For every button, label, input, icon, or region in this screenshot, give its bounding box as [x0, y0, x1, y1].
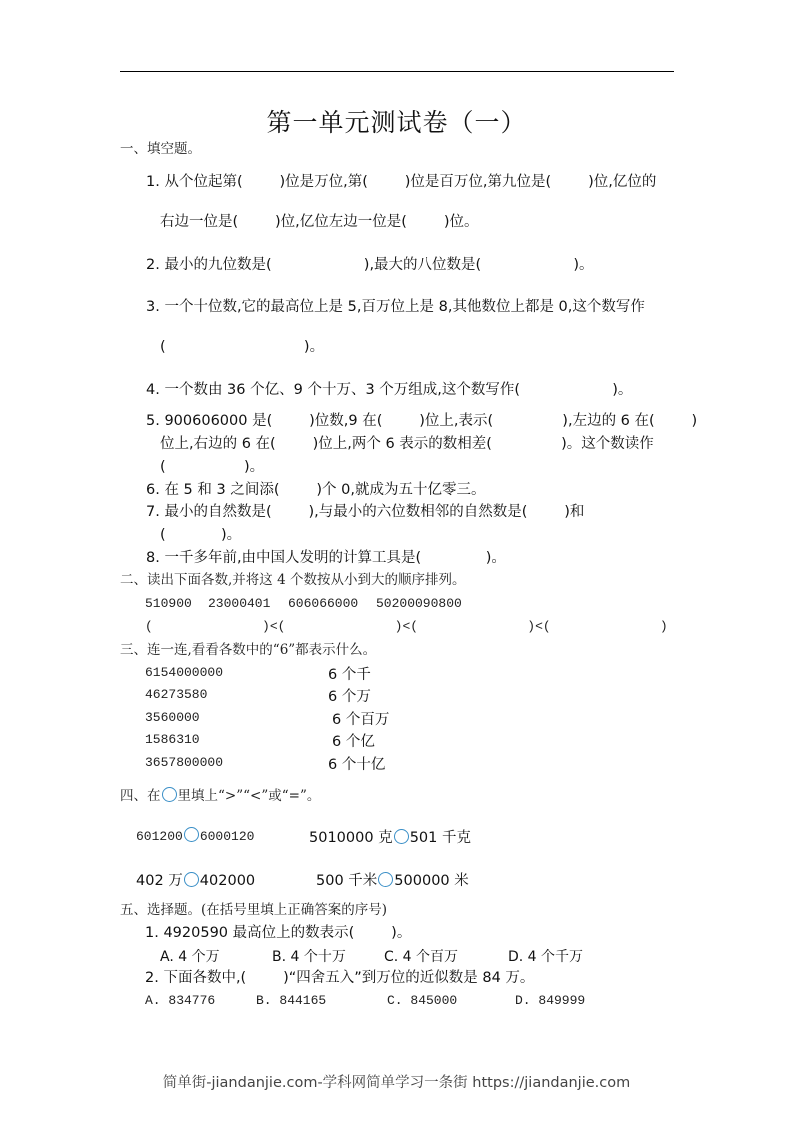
s4-item-2-left: 5010000 克: [309, 830, 393, 846]
s4-item-1: 6012006000120: [136, 827, 254, 844]
s5-q2-option-d: D. 849999: [515, 993, 585, 1008]
s1-q5-line1: 5. 900606000 是( )位数,9 在( )位上,表示( ),左边的 6…: [146, 412, 697, 430]
s2-number-4: 50200090800: [376, 596, 462, 611]
s2-number-3: 606066000: [288, 596, 358, 611]
s1-q7-line1: 7. 最小的自然数是( ),与最小的六位数相邻的自然数是( )和: [146, 503, 584, 521]
s3-left-1: 6154000000: [145, 665, 223, 680]
s3-right-3: 6 个百万: [332, 708, 389, 729]
s4-item-4-circle[interactable]: [378, 872, 393, 887]
s1-q1-line2: 右边一位是( )位,亿位左边一位是( )位。: [160, 213, 478, 231]
page-title: 第一单元测试卷（一）: [0, 103, 793, 139]
header-rule: [120, 71, 674, 72]
s3-right-2: 6 个万: [328, 685, 371, 706]
s1-q6: 6. 在 5 和 3 之间添( )个 0,就成为五十亿零三。: [146, 481, 485, 499]
s4-item-4-right: 500000 米: [394, 873, 468, 889]
s5-q1-option-a: A. 4 个万: [160, 946, 220, 966]
s1-q8: 8. 一千多年前,由中国人发明的计算工具是( )。: [146, 549, 506, 567]
s4-item-3-left: 402 万: [136, 873, 183, 889]
s4-item-1-left: 601200: [136, 829, 183, 844]
s1-q1-line1: 1. 从个位起第( )位是万位,第( )位是百万位,第九位是( )位,亿位的: [146, 173, 656, 191]
section-1-heading: 一、填空题。: [120, 140, 201, 158]
s3-left-5: 3657800000: [145, 755, 223, 770]
s5-q1: 1. 4920590 最高位上的数表示( )。: [145, 924, 411, 942]
s3-left-3: 3560000: [145, 710, 200, 725]
s5-q2: 2. 下面各数中,( )“四舍五入”到万位的近似数是 84 万。: [145, 969, 534, 987]
footer-watermark: 简单街-jiandanjie.com-学科网简单学习一条街 https://ji…: [0, 1071, 793, 1092]
s4-item-3: 402 万402000: [136, 869, 255, 890]
s1-q3-line1: 3. 一个十位数,它的最高位上是 5,百万位上是 8,其他数位上都是 0,这个数…: [146, 298, 645, 316]
s4-heading-post: 里填上“>”“<”或“=”。: [178, 788, 321, 804]
circle-blank-icon: [162, 787, 177, 802]
s3-left-4: 1586310: [145, 732, 200, 747]
section-5-heading: 五、选择题。(在括号里填上正确答案的序号): [120, 901, 387, 919]
section-2-heading: 二、读出下面各数,并将这 4 个数按从小到大的顺序排列。: [120, 571, 465, 589]
s4-item-2: 5010000 克501 千克: [309, 826, 471, 847]
s5-q1-option-c: C. 4 个百万: [384, 946, 458, 966]
s4-item-3-circle[interactable]: [184, 872, 199, 887]
s3-left-2: 46273580: [145, 687, 207, 702]
s5-q2-option-b: B. 844165: [256, 993, 326, 1008]
s1-q5-line2: 位上,右边的 6 在( )位上,两个 6 表示的数相差( )。这个数读作: [160, 435, 654, 453]
s5-q2-option-c: C. 845000: [387, 993, 457, 1008]
s4-item-4: 500 千米500000 米: [316, 869, 469, 890]
s5-q1-option-b: B. 4 个十万: [272, 946, 346, 966]
s4-item-2-circle[interactable]: [394, 829, 409, 844]
s4-item-3-right: 402000: [200, 873, 255, 889]
s2-order-line: ( )<( )<( )<( ): [145, 619, 668, 634]
s3-right-4: 6 个亿: [332, 730, 375, 751]
section-4-heading: 四、在里填上“>”“<”或“=”。: [120, 787, 320, 805]
s4-item-1-right: 6000120: [200, 829, 255, 844]
s5-q2-option-a: A. 834776: [145, 993, 215, 1008]
s1-q3-line2: ( )。: [160, 338, 324, 356]
s2-number-1: 510900: [145, 596, 192, 611]
s5-q1-option-d: D. 4 个千万: [508, 946, 583, 966]
s4-item-4-left: 500 千米: [316, 873, 377, 889]
s3-right-5: 6 个十亿: [328, 753, 385, 774]
s4-heading-pre: 四、在: [120, 788, 161, 804]
s1-q4: 4. 一个数由 36 个亿、9 个十万、3 个万组成,这个数写作( )。: [146, 381, 632, 399]
s4-item-2-right: 501 千克: [410, 830, 471, 846]
s4-item-1-circle[interactable]: [184, 827, 199, 842]
s3-right-1: 6 个千: [328, 663, 371, 684]
s2-number-2: 23000401: [208, 596, 270, 611]
s1-q7-line2: ( )。: [160, 526, 241, 544]
s1-q2: 2. 最小的九位数是( ),最大的八位数是( )。: [146, 256, 594, 274]
section-3-heading: 三、连一连,看看各数中的“6”都表示什么。: [120, 641, 376, 659]
s1-q5-line3: ( )。: [160, 458, 264, 476]
